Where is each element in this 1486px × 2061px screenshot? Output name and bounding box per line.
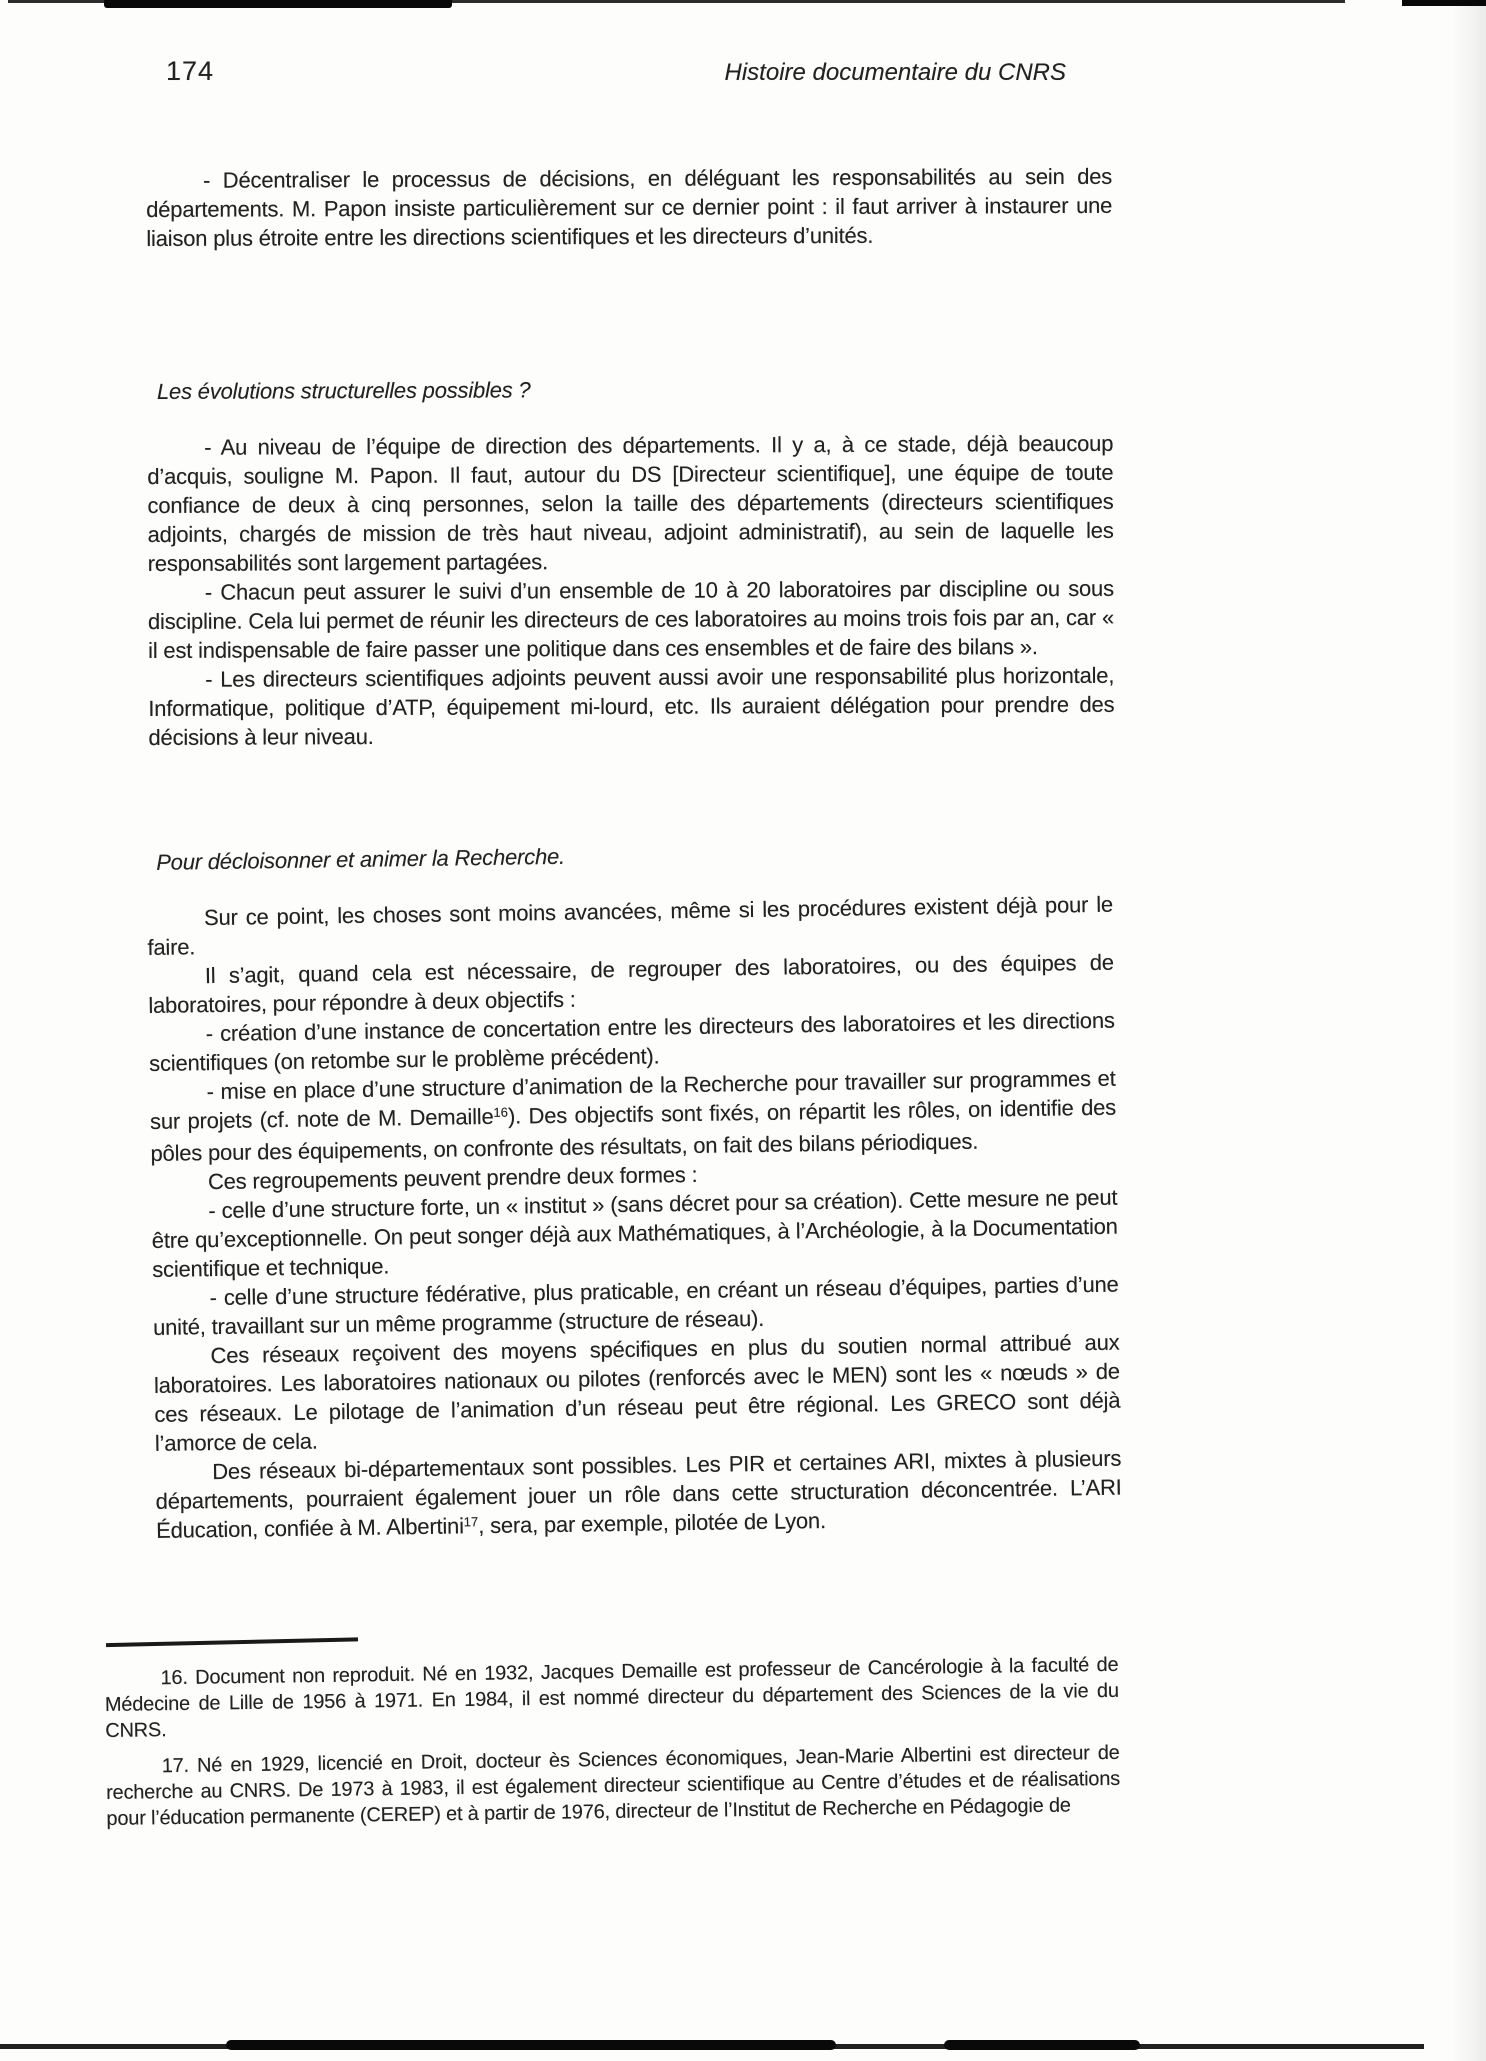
footnote-ref-16: 16 bbox=[493, 1105, 508, 1120]
paragraph-reseaux: Ces réseaux reçoivent des moyens spécifi… bbox=[153, 1328, 1121, 1458]
paragraph-structure-forte: - celle d’une structure forte, un « inst… bbox=[151, 1183, 1118, 1284]
page-edge-shadow bbox=[1452, 0, 1486, 2061]
section-heading-evolutions: Les évolutions structurelles possibles ? bbox=[147, 373, 1113, 406]
body-text-upper: - Décentraliser le processus de décision… bbox=[146, 162, 1115, 752]
paragraph-decentraliser: - Décentraliser le processus de décision… bbox=[146, 162, 1112, 253]
footnote-16: 16. Document non reproduit. Né en 1932, … bbox=[104, 1652, 1119, 1744]
scan-artifact-top-left-bar bbox=[104, 0, 452, 8]
footnote-separator bbox=[106, 1637, 358, 1647]
scanned-book-page: 174 Histoire documentaire du CNRS - Déce… bbox=[0, 0, 1486, 2061]
paragraph-chacun: - Chacun peut assurer le suivi d’un ense… bbox=[148, 574, 1114, 665]
paragraph-mise-en-place: - mise en place d’une structure d’animat… bbox=[149, 1064, 1116, 1168]
paragraph-bi-departementaux: Des réseaux bi-départementaux sont possi… bbox=[155, 1444, 1122, 1548]
footnotes: 16. Document non reproduit. Né en 1932, … bbox=[104, 1628, 1121, 1842]
scan-artifact-bottom-blob bbox=[226, 2040, 836, 2050]
scan-artifact-bottom-blob bbox=[944, 2040, 1140, 2050]
paragraph-text: , sera, par exemple, pilotée de Lyon. bbox=[478, 1508, 826, 1538]
paragraph-directeurs-adjoints: - Les directeurs scientifiques adjoints … bbox=[148, 661, 1114, 752]
section-heading-decloisonner: Pour décloisonner et animer la Recherche… bbox=[146, 834, 1112, 877]
footnote-17: 17. Né en 1929, licencié en Droit, docte… bbox=[106, 1740, 1121, 1832]
paragraph-au-niveau: - Au niveau de l’équipe de direction des… bbox=[147, 429, 1114, 578]
running-title: Histoire documentaire du CNRS bbox=[146, 59, 1066, 87]
footnote-ref-17: 17 bbox=[464, 1514, 479, 1529]
body-text-lower: Pour décloisonner et animer la Recherche… bbox=[146, 834, 1122, 1548]
